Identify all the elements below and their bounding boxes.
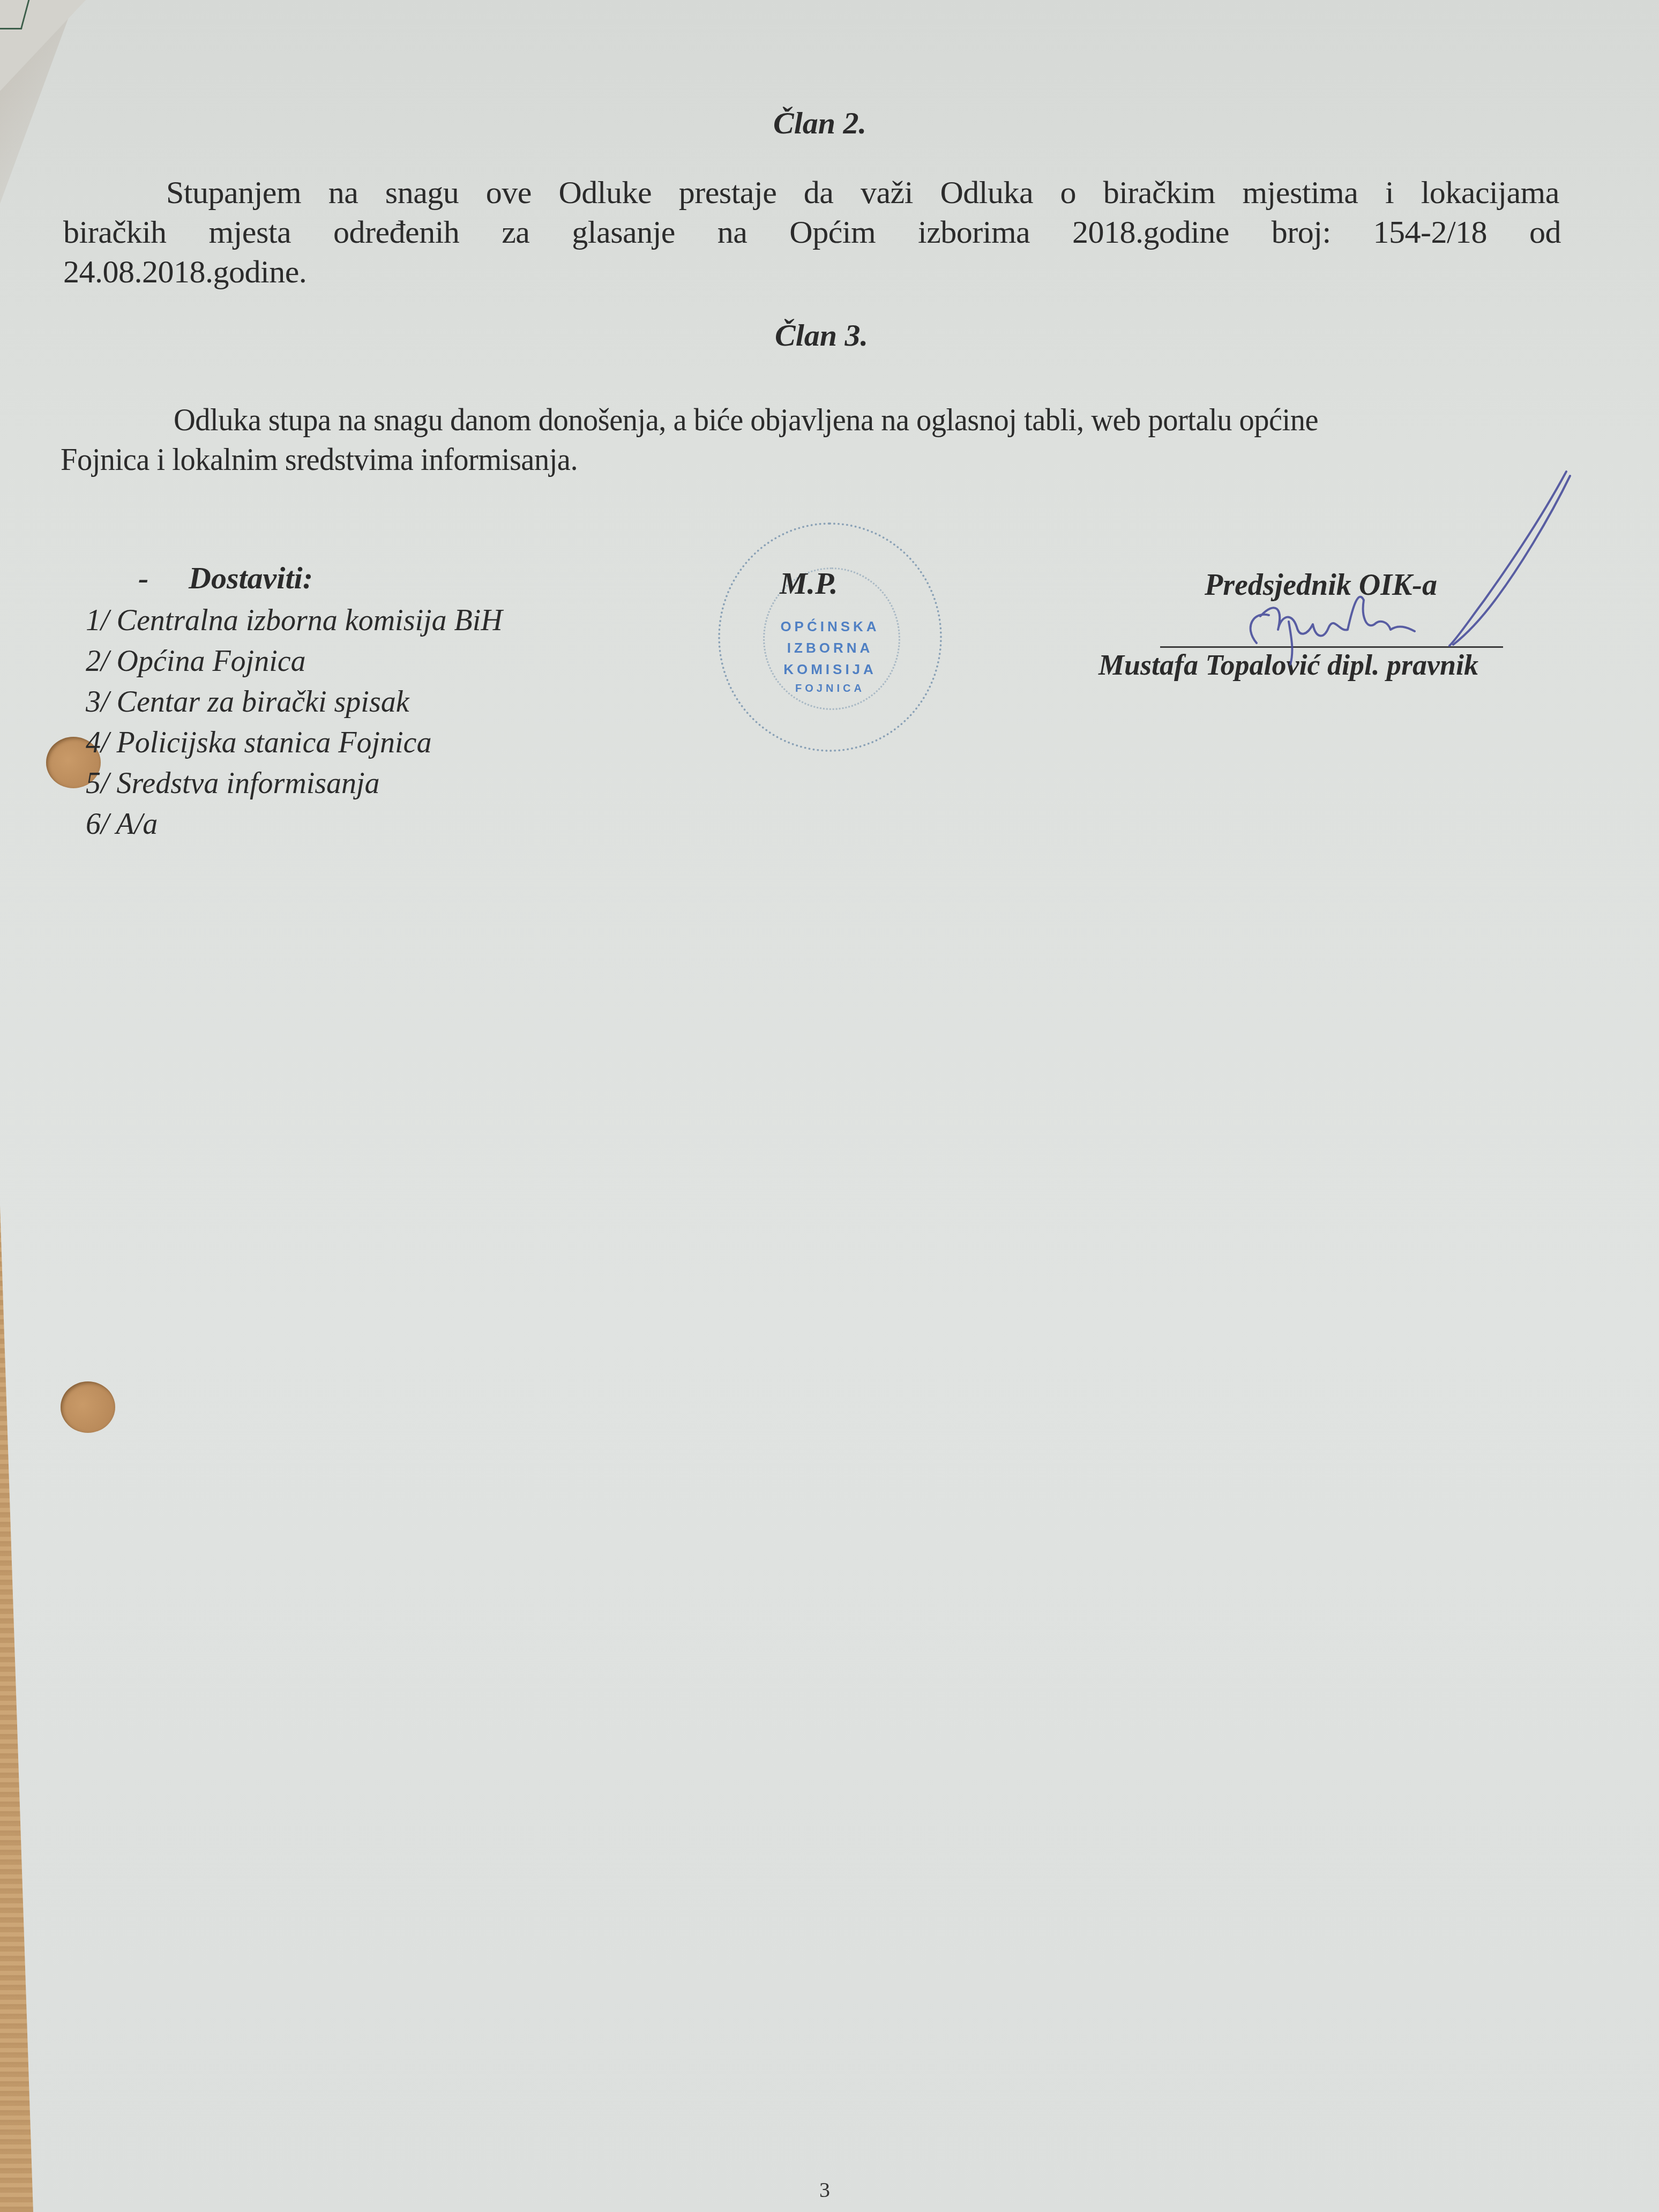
distribution-item: 2/ Općina Fojnica — [86, 641, 306, 682]
word: biračkih — [63, 213, 167, 251]
distribution-item: 5/ Sredstva informisanja — [86, 763, 380, 804]
distribution-bullet: - — [138, 560, 148, 596]
word: 2018.godine — [1072, 213, 1229, 251]
page-number: 3 — [819, 2177, 830, 2202]
word: 154-2/18 — [1373, 213, 1487, 251]
stamp-center-line: IZBORNA — [720, 640, 940, 656]
word: izborima — [918, 213, 1030, 251]
article-2-heading: Član 2. — [773, 105, 866, 141]
word: Općim — [789, 213, 876, 251]
article-3-line-1: Odluka stupa na snagu danom donošenja, a… — [174, 401, 1318, 438]
word: na — [328, 174, 358, 211]
word: da — [804, 174, 834, 211]
article-2-line-1: StupanjemnasnaguoveOdlukeprestajedavažiO… — [166, 174, 1559, 211]
word: snagu — [385, 174, 459, 211]
word: biračkim — [1103, 174, 1215, 211]
word: za — [502, 213, 529, 251]
word: ove — [486, 174, 532, 211]
word: određenih — [333, 213, 459, 251]
word: broj: — [1272, 213, 1331, 251]
word: Odluka — [940, 174, 1033, 211]
pen-mark — [0, 0, 29, 29]
word: mjesta — [208, 213, 291, 251]
distribution-item: 1/ Centralna izborna komisija BiH — [86, 600, 503, 641]
signatory-name: Mustafa Topalović dipl. pravnik — [1098, 648, 1478, 682]
word: lokacijama — [1421, 174, 1559, 211]
signature-line — [1160, 646, 1503, 648]
word: na — [718, 213, 748, 251]
word: o — [1060, 174, 1077, 211]
stamp-center-line: KOMISIJA — [720, 661, 940, 678]
article-3-line-2: Fojnica i lokalnim sredstvima informisan… — [61, 440, 578, 478]
word: Stupanjem — [166, 174, 301, 211]
word: glasanje — [572, 213, 675, 251]
word: mjestima — [1242, 174, 1358, 211]
official-stamp: OPĆINSKA IZBORNA KOMISIJA FOJNICA — [718, 522, 942, 752]
word: 24.08.2018.godine. — [63, 253, 307, 290]
article-3-heading: Član 3. — [775, 317, 868, 353]
word: važi — [861, 174, 913, 211]
word: i — [1385, 174, 1394, 211]
punch-hole-bottom — [61, 1381, 115, 1433]
stamp-center-line: OPĆINSKA — [720, 618, 940, 635]
word: Odluke — [559, 174, 652, 211]
distribution-item: 4/ Policijska stanica Fojnica — [86, 722, 431, 763]
article-2-line-3: 24.08.2018.godine. — [63, 253, 307, 290]
signatory-title: Predsjednik OIK-a — [1205, 568, 1437, 602]
distribution-item: 6/ A/a — [86, 804, 158, 845]
stamp-center-line: FOJNICA — [720, 683, 940, 695]
word: od — [1529, 213, 1561, 251]
distribution-item: 3/ Centar za birački spisak — [86, 682, 409, 722]
article-2-line-2: biračkihmjestaodređenihzaglasanjenaOpćim… — [63, 213, 1561, 251]
distribution-title: Dostaviti: — [189, 560, 313, 596]
word: prestaje — [679, 174, 777, 211]
stamp-placeholder-label: M.P. — [780, 565, 838, 601]
